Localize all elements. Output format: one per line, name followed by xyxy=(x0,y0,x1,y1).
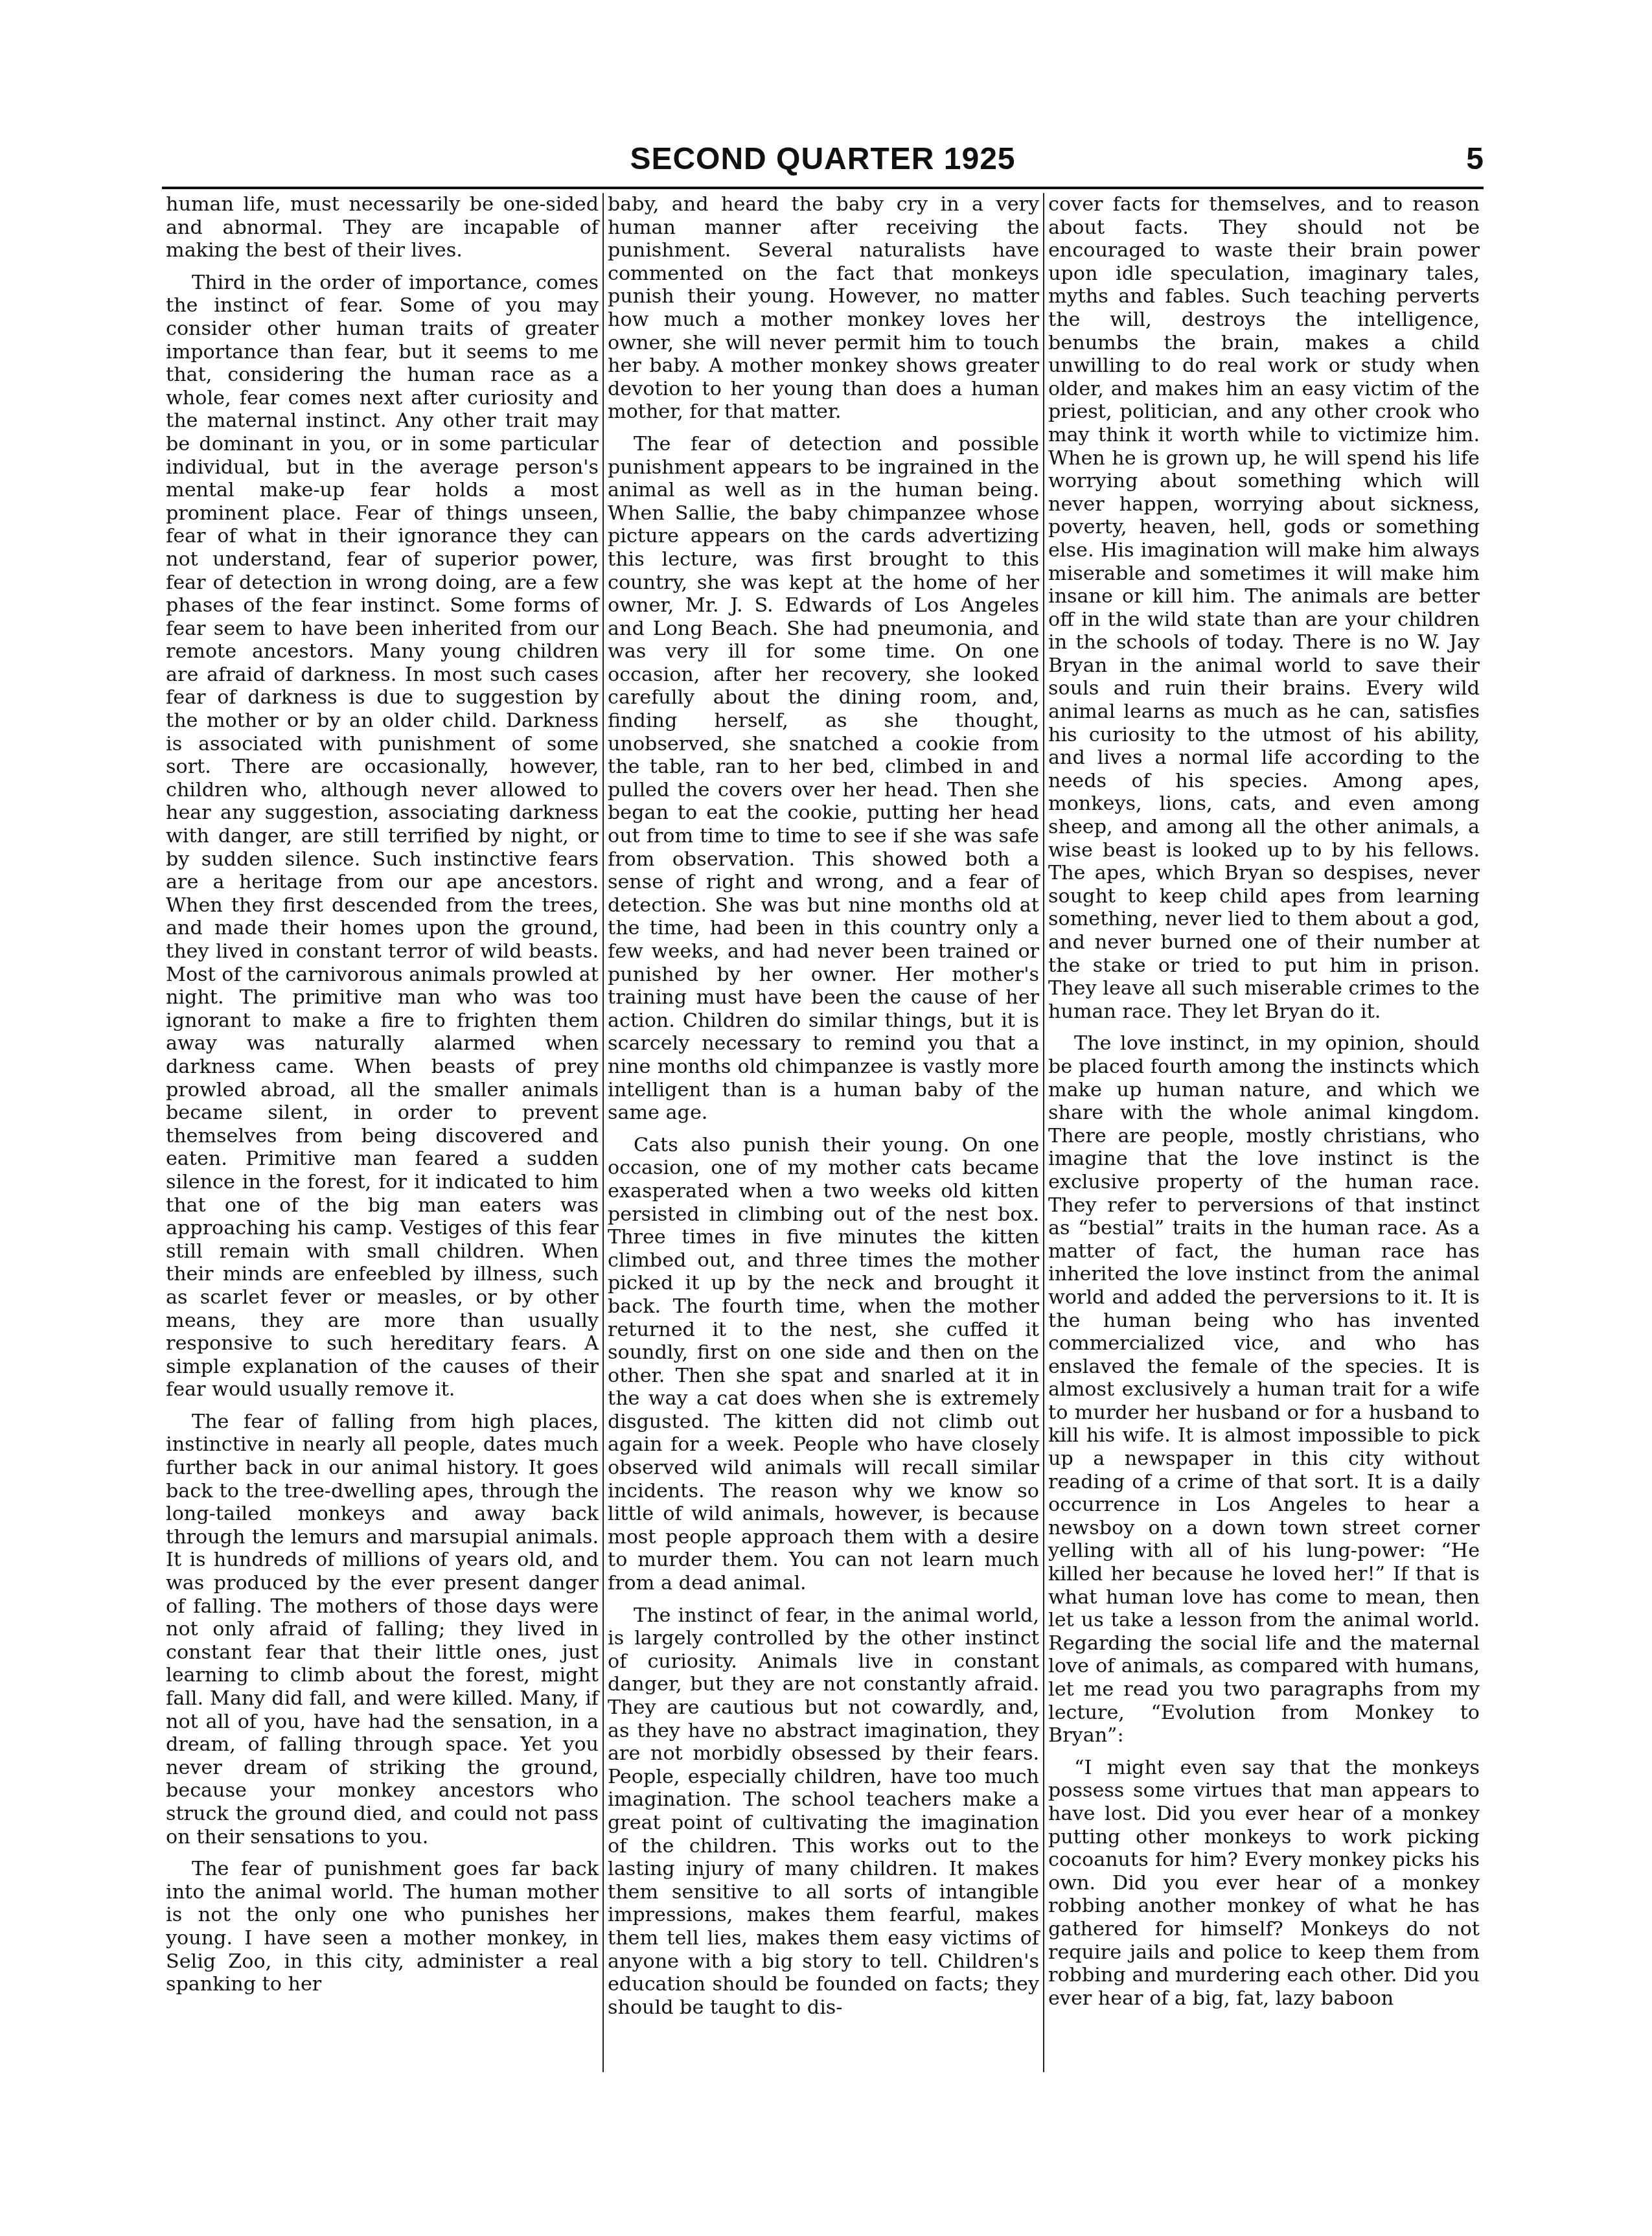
paragraph: cover facts for themselves, and to reaso… xyxy=(1048,193,1480,1023)
paragraph: Third in the order of importance, comes … xyxy=(166,271,599,1401)
paragraph: “I might even say that the monkeys posse… xyxy=(1048,1757,1480,2011)
page-header: SECOND QUARTER 1925 5 xyxy=(162,130,1484,181)
paragraph: The fear of falling from high places, in… xyxy=(166,1411,599,1849)
column-right: cover facts for themselves, and to reaso… xyxy=(1043,193,1484,2072)
paragraph: The fear of detection and possible punis… xyxy=(608,433,1039,1125)
paragraph: human life, must necessarily be one-side… xyxy=(166,193,599,262)
paragraph: The instinct of fear, in the animal worl… xyxy=(608,1604,1039,2020)
column-left: human life, must necessarily be one-side… xyxy=(162,193,602,2072)
article-body: human life, must necessarily be one-side… xyxy=(162,193,1484,2072)
column-middle: baby, and heard the baby cry in a very h… xyxy=(602,193,1043,2072)
paragraph: The love instinct, in my opinion, should… xyxy=(1048,1032,1480,1747)
paragraph: Cats also punish their young. On one occ… xyxy=(608,1134,1039,1595)
paragraph: baby, and heard the baby cry in a very h… xyxy=(608,193,1039,424)
running-title: SECOND QUARTER 1925 xyxy=(162,141,1484,177)
header-rule xyxy=(162,187,1484,189)
paragraph: The fear of punishment goes far back int… xyxy=(166,1858,599,1996)
page-number: 5 xyxy=(1466,141,1484,177)
